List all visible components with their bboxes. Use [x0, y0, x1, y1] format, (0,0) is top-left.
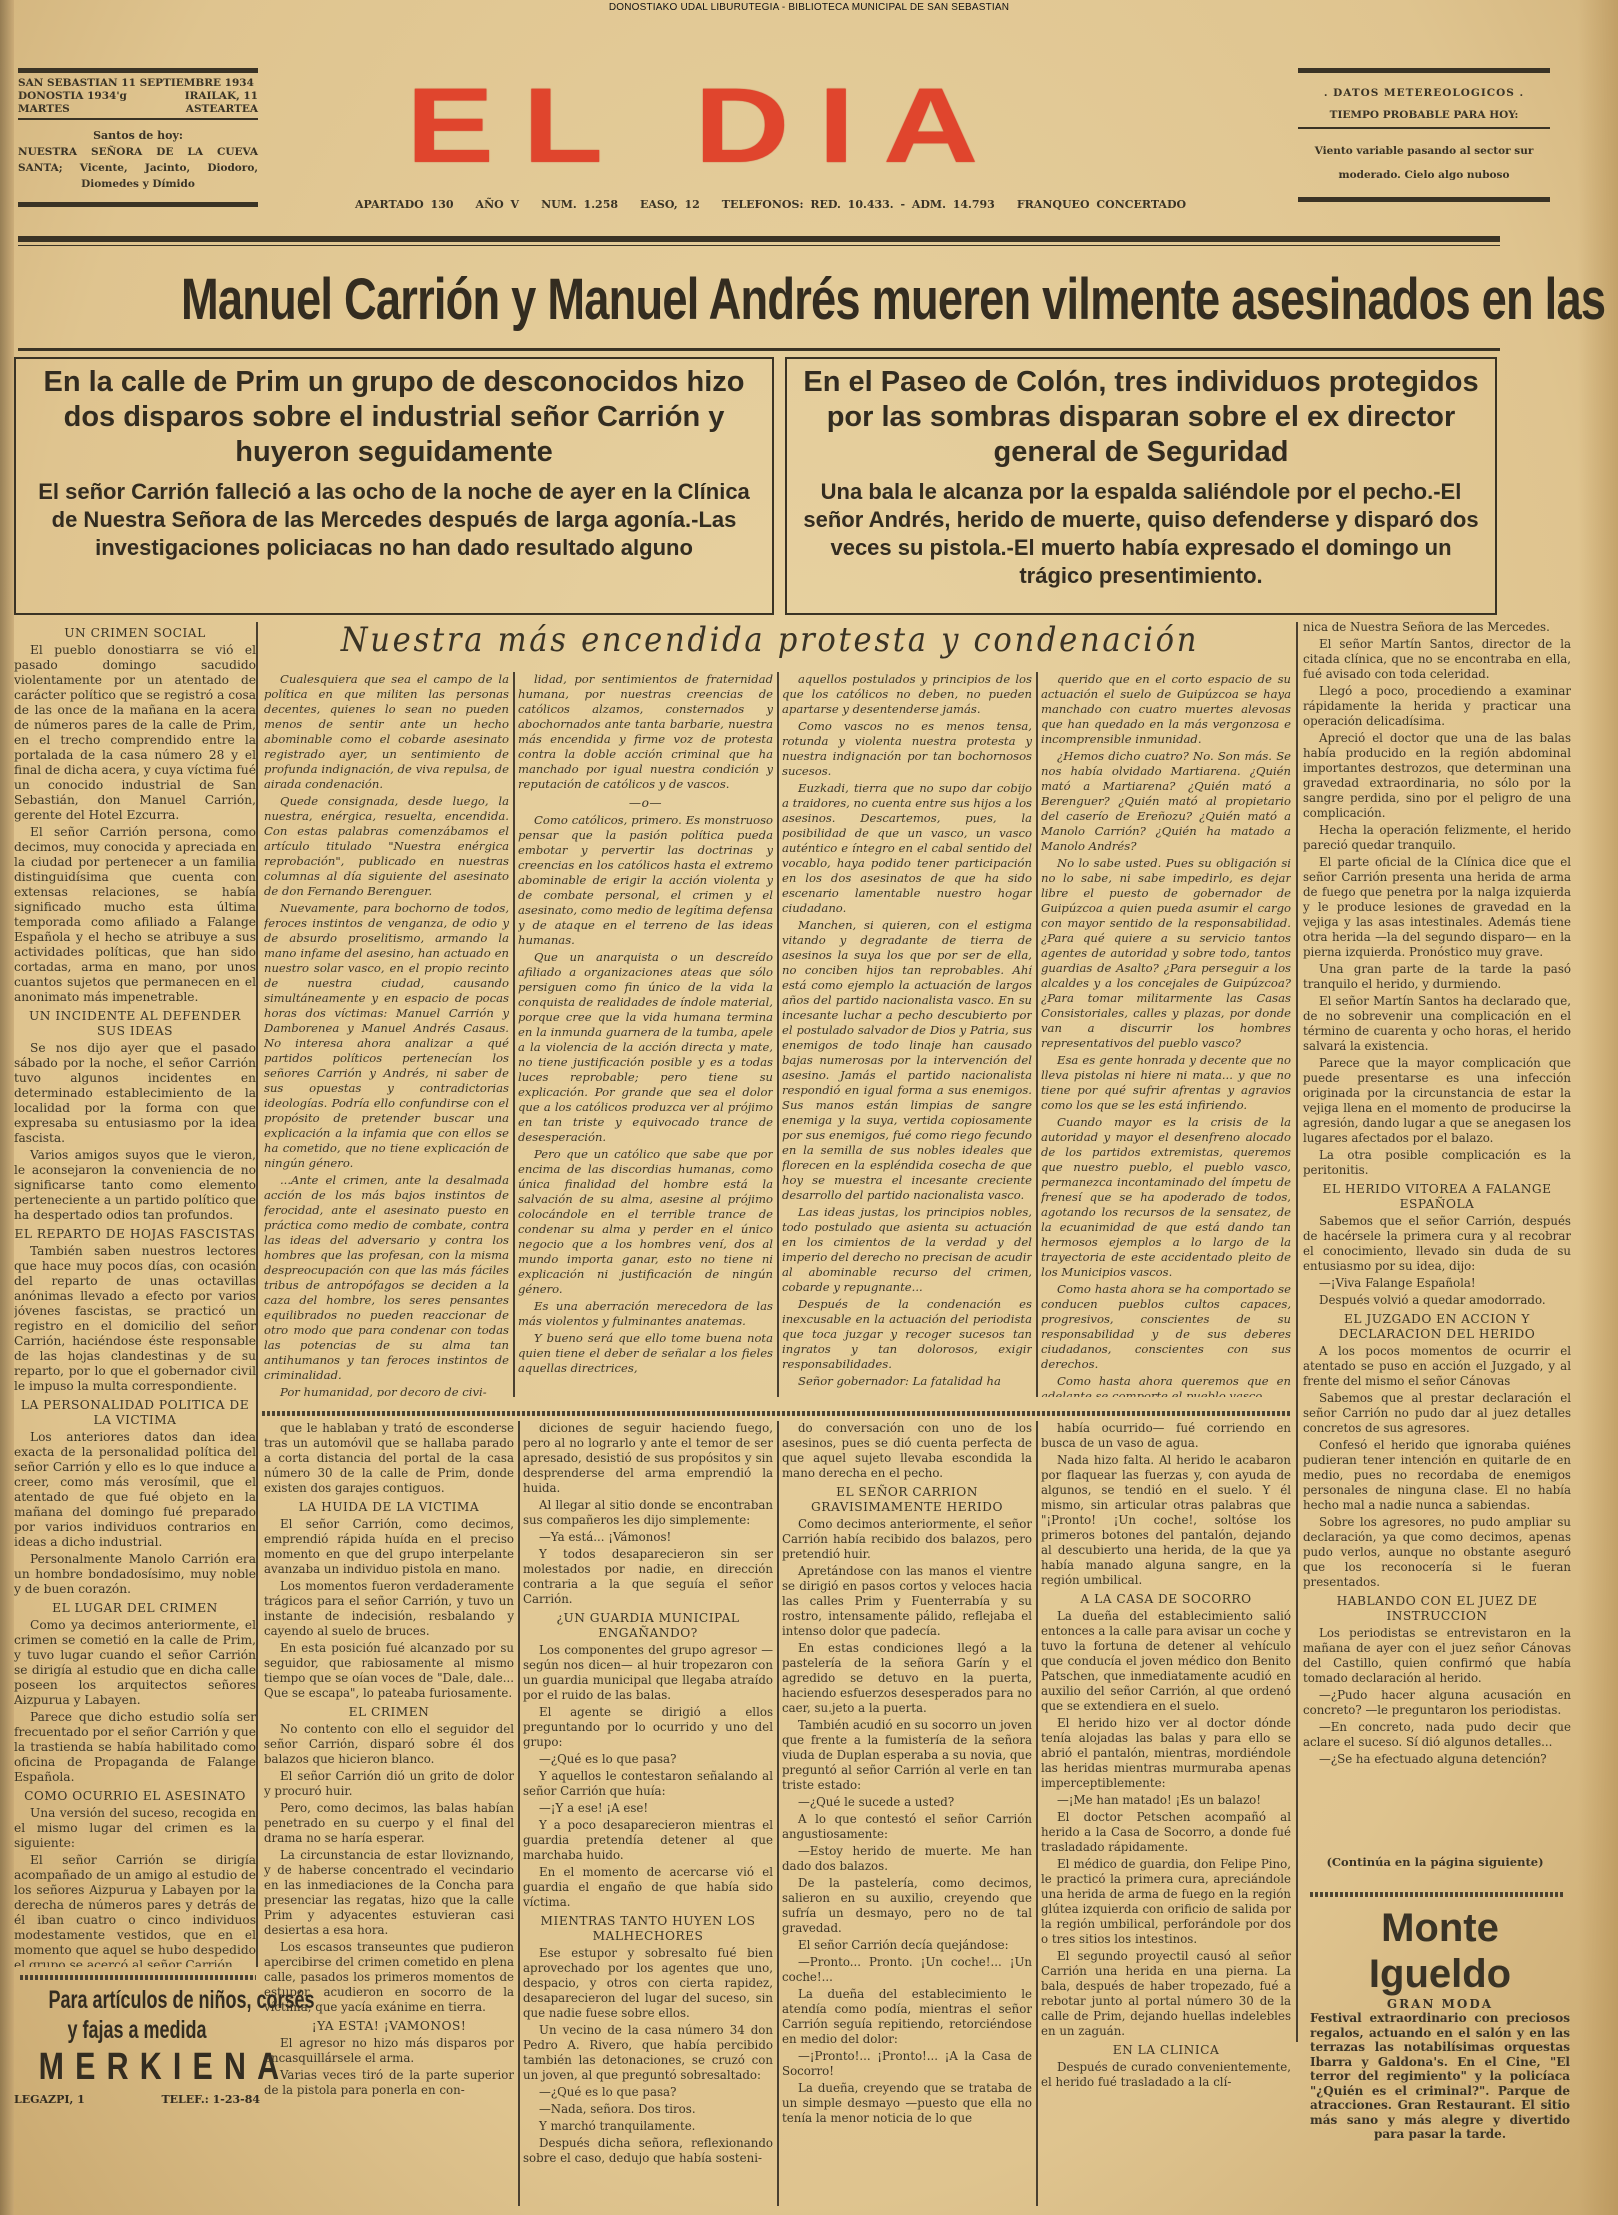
- ad-divider: [20, 1975, 256, 1980]
- advertisement-merkiena: Para artículos de niños, corsés y fajas …: [14, 1985, 260, 2106]
- paragraph: —¿Pudo hacer alguna acusación en concret…: [1303, 1688, 1571, 1718]
- paragraph: Cualesquiera que sea el campo de la polí…: [264, 672, 509, 792]
- saints-of-day: Santos de hoy: NUESTRA SEÑORA DE LA CUEV…: [18, 120, 258, 202]
- paragraph: —¡Me han matado! ¡Es un balazo!: [1041, 1793, 1291, 1808]
- paragraph: Ese estupor y sobresalto fué bien aprove…: [523, 1946, 773, 2021]
- paragraph: ¿Hemos dicho cuatro? No. Son más. Se nos…: [1041, 749, 1291, 854]
- paragraph: —¡Y a ese! ¡A ese!: [523, 1801, 773, 1816]
- donostia-year: DONOSTIA 1934'g: [18, 90, 127, 103]
- paragraph: El señor Carrión persona, como decimos, …: [14, 825, 256, 1005]
- section-heading: UN INCIDENTE AL DEFENDER SUS IDEAS: [14, 1009, 256, 1039]
- page-edge-shadow: [1578, 0, 1618, 2215]
- paragraph: También acudió en su socorro un joven qu…: [782, 1718, 1032, 1793]
- paragraph: Por humanidad, por decoro de civi-: [264, 1385, 509, 1397]
- paragraph: Cuando mayor es la crisis de la autorida…: [1041, 1115, 1291, 1280]
- editorial-column-4: querido que en el corto espacio de su ac…: [1041, 672, 1291, 1397]
- paragraph: Los anteriores datos dan idea exacta de …: [14, 1430, 256, 1550]
- weather-box: . DATOS METEREOLOGICOS . TIEMPO PROBABLE…: [1298, 68, 1550, 202]
- info-phones: TELEFONOS: RED. 10.433. - ADM. 14.793: [722, 198, 995, 211]
- paragraph: Llegó a poco, procediendo a examinar ráp…: [1303, 684, 1571, 729]
- section-heading: LA PERSONALIDAD POLITICA DE LA VICTIMA: [14, 1398, 256, 1428]
- subhead-headline: En el Paseo de Colón, tres individuos pr…: [801, 365, 1481, 470]
- paragraph: El segundo proyectil causó al señor Carr…: [1041, 1949, 1291, 2039]
- paragraph: Como católicos, primero. Es monstruoso p…: [518, 813, 773, 948]
- paragraph: aquellos postulados y principios de los …: [782, 672, 1032, 717]
- date-line: SAN SEBASTIAN 11 SEPTIEMBRE 1934: [18, 77, 258, 90]
- paragraph: Sabemos que al prestar declaración el se…: [1303, 1391, 1571, 1436]
- paragraph: do conversación con uno de los asesinos,…: [782, 1421, 1032, 1481]
- paragraph: Un vecino de la casa número 34 don Pedro…: [523, 2023, 773, 2083]
- paragraph: Los periodistas se entrevistaron en la m…: [1303, 1626, 1571, 1686]
- subhead-headline: En la calle de Prim un grupo de desconoc…: [30, 365, 758, 470]
- paragraph: Los componentes del grupo agresor —según…: [523, 1643, 773, 1703]
- paragraph: Como hasta ahora queremos que en adelant…: [1041, 1374, 1291, 1397]
- paragraph: Es una aberración merecedora de las más …: [518, 1299, 773, 1329]
- paragraph: —¡Pronto!... ¡Pronto!... ¡A la Casa de S…: [782, 2049, 1032, 2079]
- paragraph: Sobre los agresores, no pudo ampliar su …: [1303, 1515, 1571, 1590]
- lower-column-3: do conversación con uno de los asesinos,…: [782, 1421, 1032, 2206]
- paragraph: Señor gobernador: La fatalidad ha: [782, 1374, 1032, 1389]
- paragraph: Sabemos que el señor Carrión, después de…: [1303, 1214, 1571, 1274]
- paragraph: El médico de guardia, don Felipe Pino, l…: [1041, 1857, 1291, 1947]
- basque-date: IRAILAK, 11: [185, 90, 258, 103]
- paragraph: Después volvió a quedar amodorrado.: [1303, 1293, 1571, 1308]
- info-postage: FRANQUEO CONCERTADO: [1017, 198, 1186, 211]
- paragraph: Confesó el herido que ignoraba quiénes p…: [1303, 1438, 1571, 1513]
- advertisement-monte-igueldo: Monte Igueldo GRAN MODA Festival extraor…: [1310, 1905, 1570, 2142]
- paragraph: El herido hizo ver al doctor dónde tenía…: [1041, 1716, 1291, 1791]
- paragraph: —Pronto... Pronto. ¡Un coche!... ¡Un coc…: [782, 1955, 1032, 1985]
- newspaper-logo: EL DIA: [406, 84, 1303, 168]
- paragraph: También saben nuestros lectores que hace…: [14, 1244, 256, 1394]
- paragraph: Y todos desaparecieron sin ser molestado…: [523, 1547, 773, 1607]
- paragraph: querido que en el corto espacio de su ac…: [1041, 672, 1291, 747]
- paragraph: Y bueno será que ello tome buena nota qu…: [518, 1331, 773, 1376]
- paragraph: Como vascos no es menos tensa, rotunda y…: [782, 719, 1032, 779]
- lower-column-1: que le hablaban y trató de esconderse tr…: [264, 1421, 514, 2206]
- paragraph: diciones de seguir haciendo fuego, pero …: [523, 1421, 773, 1496]
- editorial-title: Nuestra más encendida protesta y condena…: [302, 620, 1238, 660]
- ad-phone: TELEF.: 1-23-84: [161, 2093, 260, 2106]
- paragraph: había ocurrido— fué corriendo en busca d…: [1041, 1421, 1291, 1451]
- paragraph: En el momento de acercarse vió el guardi…: [523, 1865, 773, 1910]
- section-heading: EL SEÑOR CARRION GRAVISIMAMENTE HERIDO: [782, 1485, 1032, 1515]
- paragraph: El pueblo donostiarra se vió el pasado d…: [14, 643, 256, 823]
- paragraph: Y marchó tranquilamente.: [523, 2119, 773, 2134]
- paragraph: Después de curado convenientemente, el h…: [1041, 2060, 1291, 2090]
- column-divider: [1296, 622, 1298, 2042]
- ad-subtitle: GRAN MODA: [1310, 1997, 1570, 2011]
- paragraph: Nada hizo falta. Al herido le acabaron p…: [1041, 1453, 1291, 1588]
- subhead-box-carrion: En la calle de Prim un grupo de desconoc…: [14, 357, 774, 615]
- paragraph: nica de Nuestra Señora de las Mercedes.: [1303, 620, 1571, 635]
- column-divider: [513, 672, 515, 1397]
- paragraph: Nuevamente, para bochorno de todos, fero…: [264, 901, 509, 1171]
- masthead-info-line: APARTADO 130 AÑO V NUM. 1.258 EASO, 12 T…: [355, 198, 1215, 211]
- paragraph: No lo sabe usted. Pues su obligación si …: [1041, 856, 1291, 1051]
- paragraph: El señor Martín Santos ha declarado que,…: [1303, 994, 1571, 1054]
- ad-line: y fajas a medida: [48, 2015, 225, 2045]
- paragraph: Quede consignada, desde luego, la nuestr…: [264, 794, 509, 899]
- paragraph: La circunstancia de estar lloviznando, y…: [264, 1848, 514, 1938]
- paragraph: El señor Carrión, como decimos, emprendi…: [264, 1517, 514, 1577]
- ad-address: LEGAZPI, 1: [14, 2093, 85, 2106]
- paragraph: que le hablaban y trató de esconderse tr…: [264, 1421, 514, 1496]
- paragraph: —¿Qué es lo que pasa?: [523, 1752, 773, 1767]
- paragraph: El señor Carrión dió un grito de dolor y…: [264, 1769, 514, 1799]
- paragraph: Que un anarquista o un descreído afiliad…: [518, 950, 773, 1145]
- section-heading: A LA CASA DE SOCORRO: [1041, 1592, 1291, 1607]
- paragraph: Pero que un católico que sabe que por en…: [518, 1147, 773, 1297]
- paragraph: El agente se dirigió a ellos preguntando…: [523, 1705, 773, 1750]
- article-column-left: UN CRIMEN SOCIAL El pueblo donostiarra s…: [14, 622, 256, 1967]
- saints-title: Santos de hoy:: [18, 128, 258, 144]
- paragraph: La dueña del establecimiento le atendía …: [782, 1987, 1032, 2047]
- separator: —o—: [518, 796, 773, 811]
- section-heading: ¡YA ESTA! ¡VAMONOS!: [264, 2019, 514, 2034]
- section-heading: EN LA CLINICA: [1041, 2043, 1291, 2058]
- section-heading: EL HERIDO VITOREA A FALANGE ESPAÑOLA: [1303, 1182, 1571, 1212]
- ad-body: Festival extraordinario con preciosos re…: [1310, 2011, 1570, 2142]
- editorial-column-1: Cualesquiera que sea el campo de la polí…: [264, 672, 509, 1397]
- info-year: AÑO V: [476, 198, 520, 211]
- ad-brand: MERKIENA: [39, 2045, 236, 2089]
- paragraph: El señor Carrión se dirigía acompañado d…: [14, 1853, 256, 1967]
- paragraph: Euzkadi, tierra que no supo dar cobijo a…: [782, 781, 1032, 916]
- paragraph: —Ya está... ¡Vámonos!: [523, 1530, 773, 1545]
- section-heading: HABLANDO CON EL JUEZ DE INSTRUCCION: [1303, 1594, 1571, 1624]
- paragraph: Después dicha señora, reflexionando sobr…: [523, 2136, 773, 2166]
- section-heading: LA HUIDA DE LA VICTIMA: [264, 1500, 514, 1515]
- section-heading: UN CRIMEN SOCIAL: [14, 626, 256, 641]
- paragraph: —En concreto, nada pudo decir que aclare…: [1303, 1720, 1571, 1750]
- subhead-box-andres: En el Paseo de Colón, tres individuos pr…: [785, 357, 1497, 615]
- paragraph: Como decimos anteriormente, el señor Car…: [782, 1517, 1032, 1562]
- paragraph: La dueña, creyendo que se trataba de un …: [782, 2081, 1032, 2126]
- paragraph: Como ya decimos anteriormente, el crimen…: [14, 1618, 256, 1708]
- paragraph: Al llegar al sitio donde se encontraban …: [523, 1498, 773, 1528]
- section-heading: EL JUZGADO EN ACCION Y DECLARACION DEL H…: [1303, 1312, 1571, 1342]
- paragraph: No contento con ello el seguidor del señ…: [264, 1722, 514, 1767]
- info-number: NUM. 1.258: [541, 198, 618, 211]
- paragraph: Y aquellos le contestaron señalando al s…: [523, 1769, 773, 1799]
- paragraph: La otra posible complicación es la perit…: [1303, 1148, 1571, 1178]
- continued-notice: (Continúa en la página siguiente): [1300, 1855, 1570, 1869]
- editorial-column-3: aquellos postulados y principios de los …: [782, 672, 1032, 1397]
- ad-line: Para artículos de niños, corsés: [48, 1985, 225, 2015]
- paragraph: El señor Carrión decía quejándose:: [782, 1938, 1032, 1953]
- paragraph: Varios amigos suyos que le vieron, le ac…: [14, 1148, 256, 1223]
- paragraph: Manchen, si quieren, con el estigma vita…: [782, 918, 1032, 1203]
- section-heading: EL REPARTO DE HOJAS FASCISTAS: [14, 1227, 256, 1242]
- ad-divider: [1310, 1892, 1565, 1897]
- info-apartado: APARTADO 130: [355, 198, 454, 211]
- paragraph: Hecha la operación felizmente, el herido…: [1303, 823, 1571, 853]
- paragraph: Se nos dijo ayer que el pasado sábado po…: [14, 1041, 256, 1146]
- paragraph: El doctor Petschen acompañó al herido a …: [1041, 1810, 1291, 1855]
- paragraph: A lo que contestó el señor Carrión angus…: [782, 1812, 1032, 1842]
- paragraph: Una gran parte de la tarde la pasó tranq…: [1303, 962, 1571, 992]
- weekday-es: MARTES: [18, 103, 70, 116]
- paragraph: —Nada, señora. Dos tiros.: [523, 2102, 773, 2117]
- paragraph: —¿Qué es lo que pasa?: [523, 2085, 773, 2100]
- paragraph: Las ideas justas, los principios nobles,…: [782, 1205, 1032, 1295]
- banner-rule-bottom: [18, 348, 1500, 351]
- section-heading: COMO OCURRIO EL ASESINATO: [14, 1789, 256, 1804]
- paragraph: En estas condiciones llegó a la pasteler…: [782, 1641, 1032, 1716]
- paragraph: Y a poco desaparecieron mientras el guar…: [523, 1818, 773, 1863]
- section-heading: EL CRIMEN: [264, 1705, 514, 1720]
- paragraph: Los momentos fueron verdaderamente trági…: [264, 1579, 514, 1639]
- section-heading: MIENTRAS TANTO HUYEN LOS MALHECHORES: [523, 1914, 773, 1944]
- paragraph: De la pastelería, como decimos, salieron…: [782, 1876, 1032, 1936]
- archive-watermark: DONOSTIAKO UDAL LIBURUTEGIA - BIBLIOTECA…: [0, 2, 1618, 13]
- banner-headline: Manuel Carrión y Manuel Andrés mueren vi…: [181, 262, 1337, 338]
- paragraph: —¡Viva Falange Española!: [1303, 1276, 1571, 1291]
- weather-text: Viento variable pasando al sector sur mo…: [1298, 129, 1550, 189]
- column-divider: [256, 622, 258, 1967]
- page-edge-shadow: [0, 0, 14, 2215]
- paragraph: El señor Martín Santos, director de la c…: [1303, 637, 1571, 682]
- paragraph: Los escasos transeuntes que pudieron ape…: [264, 1940, 514, 2015]
- masthead-date-box: SAN SEBASTIAN 11 SEPTIEMBRE 1934 DONOSTI…: [18, 68, 258, 207]
- editorial-column-2: lidad, por sentimientos de fraternidad h…: [518, 672, 773, 1397]
- paragraph: Parece que dicho estudio solía ser frecu…: [14, 1710, 256, 1785]
- lower-column-4: había ocurrido— fué corriendo en busca d…: [1041, 1421, 1291, 2206]
- section-heading: EL LUGAR DEL CRIMEN: [14, 1601, 256, 1616]
- paragraph: —¿Qué le sucede a usted?: [782, 1795, 1032, 1810]
- paragraph: —¿Se ha efectuado alguna detención?: [1303, 1752, 1571, 1767]
- saints-body: NUESTRA SEÑORA DE LA CUEVA SANTA; Vicent…: [18, 144, 258, 192]
- column-divider: [518, 1421, 520, 2206]
- subhead-deck: El señor Carrión falleció a las ocho de …: [30, 478, 758, 562]
- ad-title: Monte Igueldo: [1310, 1905, 1570, 1997]
- paragraph: Una versión del suceso, recogida en el m…: [14, 1806, 256, 1851]
- column-divider: [777, 1421, 779, 2206]
- column-divider: [1036, 672, 1038, 1397]
- subhead-deck: Una bala le alcanza por la espalda salié…: [801, 478, 1481, 590]
- column-divider: [777, 672, 779, 1397]
- paragraph: La dueña del establecimiento salió enton…: [1041, 1609, 1291, 1714]
- paragraph: Varias veces tiró de la parte superior d…: [264, 2068, 514, 2098]
- paragraph: El parte oficial de la Clínica dice que …: [1303, 855, 1571, 960]
- lower-column-2: diciones de seguir haciendo fuego, pero …: [523, 1421, 773, 2206]
- paragraph: Esa es gente honrada y decente que no ll…: [1041, 1053, 1291, 1113]
- paragraph: Apreció el doctor que una de las balas h…: [1303, 731, 1571, 821]
- paragraph: —Estoy herido de muerte. Me han dado dos…: [782, 1844, 1032, 1874]
- section-heading: ¿UN GUARDIA MUNICIPAL ENGAÑANDO?: [523, 1611, 773, 1641]
- section-divider: [262, 1411, 1292, 1416]
- paragraph: El agresor no hizo más disparos por enca…: [264, 2036, 514, 2066]
- weekday-eu: ASTEARTEA: [186, 103, 258, 116]
- paragraph: En esta posición fué alcanzado por su se…: [264, 1641, 514, 1701]
- paragraph: Después de la condenación es inexcusable…: [782, 1297, 1032, 1372]
- banner-rule-top: [18, 236, 1500, 242]
- paragraph: Pero, como decimos, las balas habían pen…: [264, 1801, 514, 1846]
- weather-title: . DATOS METEREOLOGICOS .: [1298, 73, 1550, 99]
- paragraph: Apretándose con las manos el vientre se …: [782, 1564, 1032, 1639]
- column-divider: [1036, 1421, 1038, 2206]
- paragraph: Como hasta ahora se ha comportado se con…: [1041, 1282, 1291, 1372]
- paragraph: lidad, por sentimientos de fraternidad h…: [518, 672, 773, 792]
- info-address: EASO, 12: [640, 198, 700, 211]
- paragraph: Personalmente Manolo Carrión era un homb…: [14, 1552, 256, 1597]
- paragraph: Parece que la mayor complicación que pue…: [1303, 1056, 1571, 1146]
- paragraph: A los pocos momentos de ocurrir el atent…: [1303, 1344, 1571, 1389]
- paragraph: ...Ante el crimen, ante la desalmada acc…: [264, 1173, 509, 1383]
- article-column-right: nica de Nuestra Señora de las Mercedes. …: [1303, 620, 1571, 1845]
- weather-subtitle: TIEMPO PROBABLE PARA HOY:: [1298, 99, 1550, 127]
- banner-rule-thin: [18, 245, 1500, 246]
